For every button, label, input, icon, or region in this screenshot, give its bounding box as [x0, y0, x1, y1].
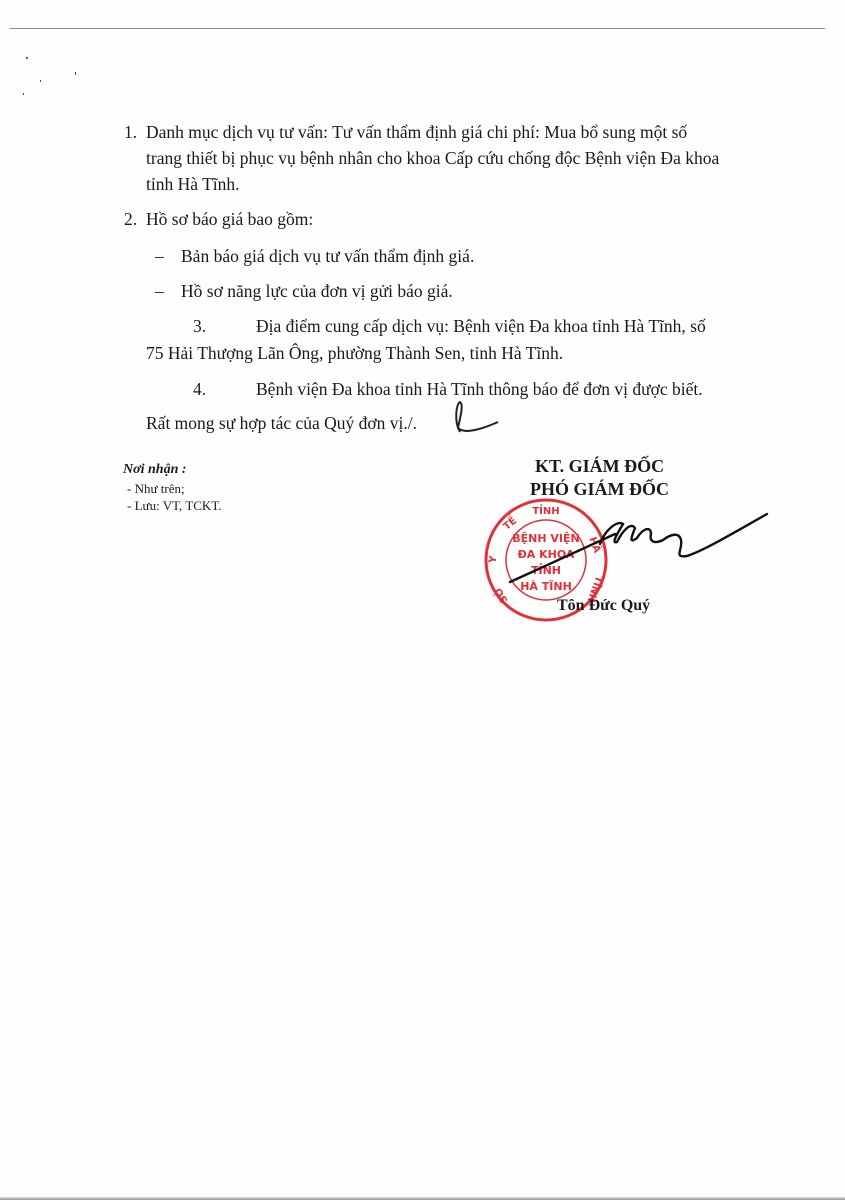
initial-mark-icon [450, 400, 510, 440]
closing-text: Rất mong sự hợp tác của Quý đơn vị./. [146, 412, 417, 434]
sub-item-1: Bản báo giá dịch vụ tư vấn thẩm định giá… [181, 245, 474, 267]
sub-item-2: Hồ sơ năng lực của đơn vị gửi báo giá. [181, 280, 453, 302]
item-number: 4. [193, 378, 206, 400]
item-number: 1. [124, 121, 137, 143]
item-1-line-1: Danh mục dịch vụ tư vấn: Tư vấn thẩm địn… [146, 121, 687, 143]
handwritten-signature-icon [505, 500, 775, 590]
item-number: 2. [124, 208, 137, 230]
scan-speck [26, 57, 28, 59]
item-1-line-2: trang thiết bị phục vụ bệnh nhân cho kho… [146, 147, 719, 169]
scan-speck [40, 80, 41, 82]
bullet-dash: – [155, 245, 164, 267]
item-number: 3. [193, 315, 206, 337]
signer-name: Tôn Đức Quý [557, 597, 650, 615]
item-3-line-2: 75 Hải Thượng Lãn Ông, phường Thành Sen,… [146, 342, 563, 364]
scan-speck [23, 93, 24, 95]
document-page: 1. Danh mục dịch vụ tư vấn: Tư vấn thẩm … [0, 0, 845, 1200]
item-2-line-1: Hồ sơ báo giá bao gồm: [146, 208, 313, 230]
item-4-line-1: Bệnh viện Đa khoa tỉnh Hà Tĩnh thông báo… [256, 378, 703, 400]
recipient-item: - Như trên; [127, 481, 185, 497]
bullet-dash: – [155, 280, 164, 302]
signature-title-1: KT. GIÁM ĐỐC [535, 455, 664, 477]
scan-speck [75, 72, 76, 75]
header-divider [10, 28, 825, 29]
item-1-line-3: tỉnh Hà Tĩnh. [146, 173, 240, 195]
recipients-title: Nơi nhận : [123, 462, 187, 478]
item-3-line-1: Địa điểm cung cấp dịch vụ: Bệnh viện Đa … [256, 315, 706, 337]
recipient-item: - Lưu: VT, TCKT. [127, 498, 222, 514]
svg-text:Y: Y [487, 554, 499, 565]
